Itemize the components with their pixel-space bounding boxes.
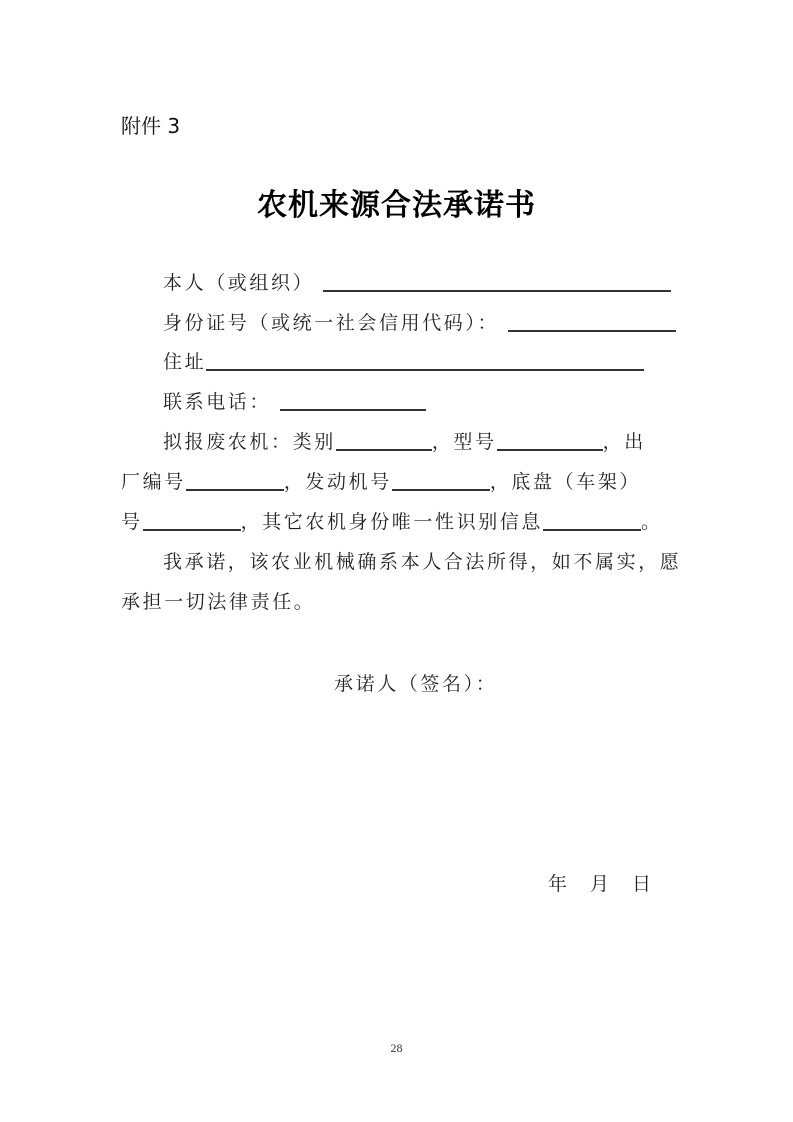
- day-label: 日: [632, 869, 674, 896]
- promise-line-2: 承担一切法律责任。: [121, 589, 673, 615]
- machine-intro: 拟报废农机：类别: [163, 431, 336, 453]
- promise-line-1: 我承诺，该农业机械确系本人合法所得，如不属实，愿: [121, 549, 715, 575]
- factory-prefix: ，出: [603, 431, 646, 453]
- sentence-end: 。: [641, 511, 663, 533]
- address-blank[interactable]: [206, 349, 644, 371]
- id-blank[interactable]: [508, 310, 676, 332]
- date-row: 年月日: [548, 869, 674, 896]
- machine-row-2: 厂编号，发动机号，底盘（车架）: [121, 469, 673, 495]
- address-row: 住址: [121, 349, 715, 375]
- machine-row-1: 拟报废农机：类别，型号，出: [121, 429, 715, 455]
- other-id-blank[interactable]: [543, 509, 641, 531]
- year-label: 年: [548, 869, 590, 896]
- model-label: ，型号: [432, 431, 497, 453]
- person-label: 本人（或组织）: [163, 272, 314, 294]
- machine-row-3: 号，其它农机身份唯一性识别信息。: [121, 509, 673, 535]
- factory-label: 厂编号: [121, 471, 186, 493]
- chassis-label: ，底盘（车架）: [490, 471, 641, 493]
- phone-blank[interactable]: [280, 389, 426, 411]
- engine-no-blank[interactable]: [392, 469, 490, 491]
- page-number: 28: [0, 1041, 793, 1056]
- phone-row: 联系电话：: [121, 389, 715, 415]
- chassis-suffix: 号: [121, 511, 143, 533]
- attachment-label: 附件 3: [121, 110, 180, 139]
- other-id-label: ，其它农机身份唯一性识别信息: [241, 511, 543, 533]
- phone-label: 联系电话：: [163, 391, 271, 413]
- month-label: 月: [590, 869, 632, 896]
- id-row: 身份证号（或统一社会信用代码）：: [121, 310, 715, 336]
- factory-no-blank[interactable]: [186, 469, 284, 491]
- chassis-no-blank[interactable]: [143, 509, 241, 531]
- category-blank[interactable]: [336, 429, 432, 451]
- signature-label: 承诺人（签名）：: [334, 669, 497, 696]
- person-row: 本人（或组织）: [121, 270, 715, 296]
- engine-label: ，发动机号: [284, 471, 392, 493]
- model-blank[interactable]: [497, 429, 603, 451]
- person-blank[interactable]: [323, 270, 671, 292]
- id-label: 身份证号（或统一社会信用代码）：: [163, 312, 499, 334]
- document-title: 农机来源合法承诺书: [0, 180, 793, 224]
- address-label: 住址: [163, 351, 206, 373]
